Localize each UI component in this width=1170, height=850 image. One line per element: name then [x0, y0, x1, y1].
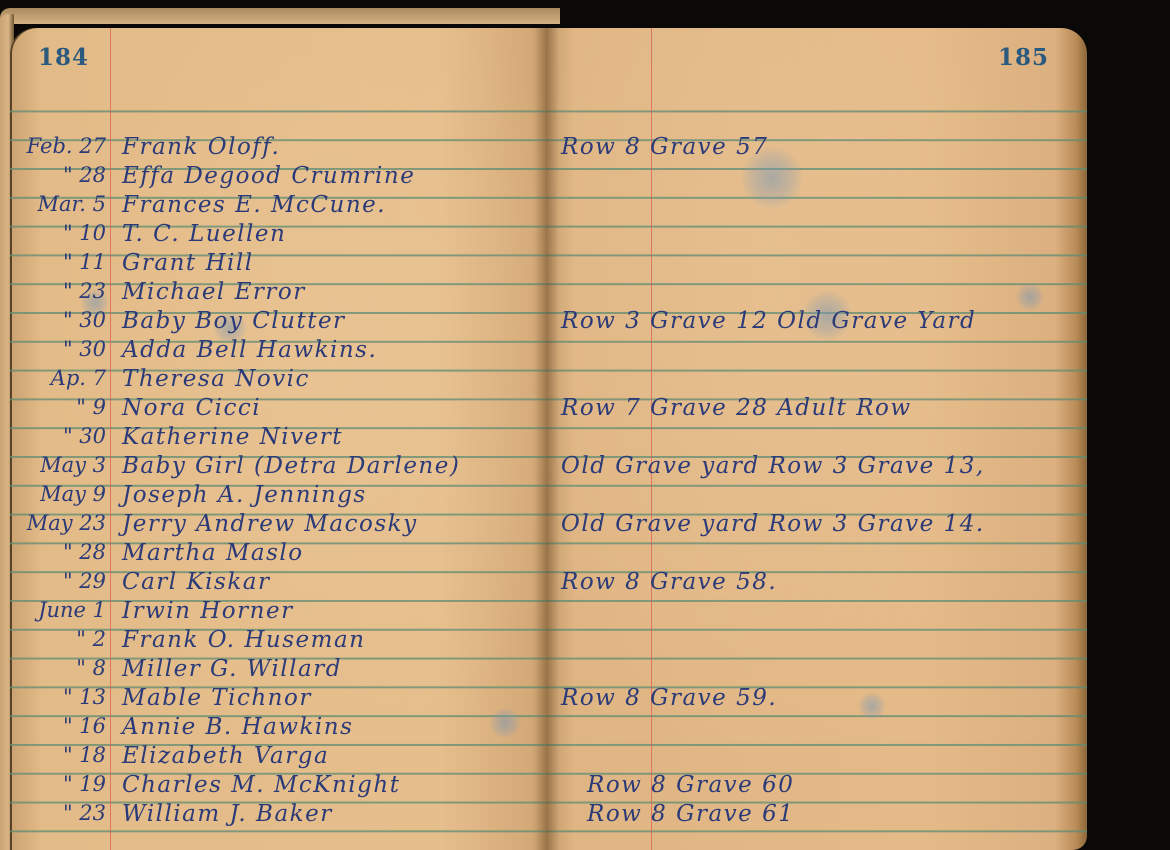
- entry-name: Baby Boy Clutter: [122, 308, 346, 334]
- entry-date: Ap. 7: [12, 366, 106, 390]
- entry-name: Annie B. Hawkins: [122, 714, 353, 740]
- entry-row: May 3Baby Girl (Detra Darlene): [10, 453, 547, 482]
- entry-date: " 30: [12, 337, 106, 361]
- entry-date: " 9: [12, 395, 106, 419]
- entry-name: Elizabeth Varga: [122, 743, 329, 769]
- grave-location: Row 8 Grave 61: [587, 801, 794, 827]
- entry-row: June 1Irwin Horner: [10, 598, 547, 627]
- entry-row: " 30Adda Bell Hawkins.: [10, 337, 547, 366]
- entry-row: May 9Joseph A. Jennings: [10, 482, 547, 511]
- entry-date: May 9: [12, 482, 106, 506]
- entry-name: Effa Degood Crumrine: [122, 163, 415, 189]
- entry-row: " 23William J. Baker: [10, 801, 547, 830]
- entry-date: " 28: [12, 540, 106, 564]
- entry-row: " 28Effa Degood Crumrine: [10, 163, 547, 192]
- entry-name: Mable Tichnor: [122, 685, 312, 711]
- entry-name: T. C. Luellen: [122, 221, 286, 247]
- entry-date: " 10: [12, 221, 106, 245]
- entry-name: Frank O. Huseman: [122, 627, 365, 653]
- entry-name: Nora Cicci: [122, 395, 261, 421]
- entry-row: " 16Annie B. Hawkins: [10, 714, 547, 743]
- grave-location: Row 8 Grave 58.: [561, 569, 777, 595]
- entry-date: " 29: [12, 569, 106, 593]
- grave-location: Old Grave yard Row 3 Grave 13,: [561, 453, 985, 479]
- entry-name: Joseph A. Jennings: [122, 482, 367, 508]
- grave-location: Row 8 Grave 57: [561, 134, 768, 160]
- entry-date: " 8: [12, 656, 106, 680]
- entry-date: " 11: [12, 250, 106, 274]
- entry-row: " 2Frank O. Huseman: [10, 627, 547, 656]
- entry-row: " 11Grant Hill: [10, 250, 547, 279]
- entry-name: Jerry Andrew Macosky: [122, 511, 418, 537]
- entry-date: " 13: [12, 685, 106, 709]
- entry-date: " 23: [12, 801, 106, 825]
- entry-row: " 29Carl Kiskar: [10, 569, 547, 598]
- right-page: 185 Row 8 Grave 57 Row 3 Grave 12 Old Gr…: [547, 28, 1087, 850]
- entry-name: Michael Error: [122, 279, 306, 305]
- entry-row: " 13Mable Tichnor: [10, 685, 547, 714]
- entry-name: Katherine Nivert: [122, 424, 343, 450]
- entry-row: " 9Nora Cicci: [10, 395, 547, 424]
- entry-name: Theresa Novic: [122, 366, 310, 392]
- underlying-pages-top-edge: [0, 8, 560, 24]
- entry-date: " 30: [12, 424, 106, 448]
- entry-row: " 19Charles M. McKnight: [10, 772, 547, 801]
- entry-row: " 30Katherine Nivert: [10, 424, 547, 453]
- entry-date: June 1: [12, 598, 106, 622]
- grave-location: Row 8 Grave 59.: [561, 685, 777, 711]
- entry-name: Charles M. McKnight: [122, 772, 400, 798]
- entry-row: Ap. 7Theresa Novic: [10, 366, 547, 395]
- entry-row: " 18Elizabeth Varga: [10, 743, 547, 772]
- entry-row: " 23Michael Error: [10, 279, 547, 308]
- entry-name: Grant Hill: [122, 250, 254, 276]
- entry-date: Mar. 5: [12, 192, 106, 216]
- grave-location: Row 3 Grave 12 Old Grave Yard: [561, 308, 976, 334]
- entry-date: " 16: [12, 714, 106, 738]
- entry-date: " 28: [12, 163, 106, 187]
- entry-name: Miller G. Willard: [122, 656, 342, 682]
- grave-location: Row 7 Grave 28 Adult Row: [561, 395, 912, 421]
- entry-name: Adda Bell Hawkins.: [122, 337, 377, 363]
- entry-row: " 30Baby Boy Clutter: [10, 308, 547, 337]
- entry-date: " 19: [12, 772, 106, 796]
- entry-name: Frances E. McCune.: [122, 192, 386, 218]
- entry-name: Irwin Horner: [122, 598, 294, 624]
- entry-name: Frank Oloff.: [122, 134, 280, 160]
- entry-date: Feb. 27: [12, 134, 106, 158]
- page-number-right: 185: [998, 44, 1049, 71]
- left-page: 184 Feb. 27Frank Oloff. " 28Effa Degood …: [10, 28, 547, 850]
- entry-name: William J. Baker: [122, 801, 333, 827]
- entry-date: May 23: [12, 511, 106, 535]
- entry-name: Carl Kiskar: [122, 569, 270, 595]
- entry-row: May 23Jerry Andrew Macosky: [10, 511, 547, 540]
- ink-stain: [857, 693, 887, 719]
- entry-date: May 3: [12, 453, 106, 477]
- page-number-left: 184: [38, 44, 89, 71]
- entry-row: " 10T. C. Luellen: [10, 221, 547, 250]
- entry-row: Feb. 27Frank Oloff.: [10, 134, 547, 163]
- ink-stain: [1015, 283, 1045, 311]
- entry-date: " 2: [12, 627, 106, 651]
- grave-location: Row 8 Grave 60: [587, 772, 794, 798]
- entry-name: Martha Maslo: [122, 540, 304, 566]
- grave-location: Old Grave yard Row 3 Grave 14.: [561, 511, 985, 537]
- entry-row: Mar. 5Frances E. McCune.: [10, 192, 547, 221]
- entry-date: " 30: [12, 308, 106, 332]
- entry-row: " 8Miller G. Willard: [10, 656, 547, 685]
- entry-date: " 18: [12, 743, 106, 767]
- entry-row: " 28Martha Maslo: [10, 540, 547, 569]
- open-ledger-book: 184 Feb. 27Frank Oloff. " 28Effa Degood …: [0, 0, 1170, 850]
- entry-date: " 23: [12, 279, 106, 303]
- entry-name: Baby Girl (Detra Darlene): [122, 453, 460, 479]
